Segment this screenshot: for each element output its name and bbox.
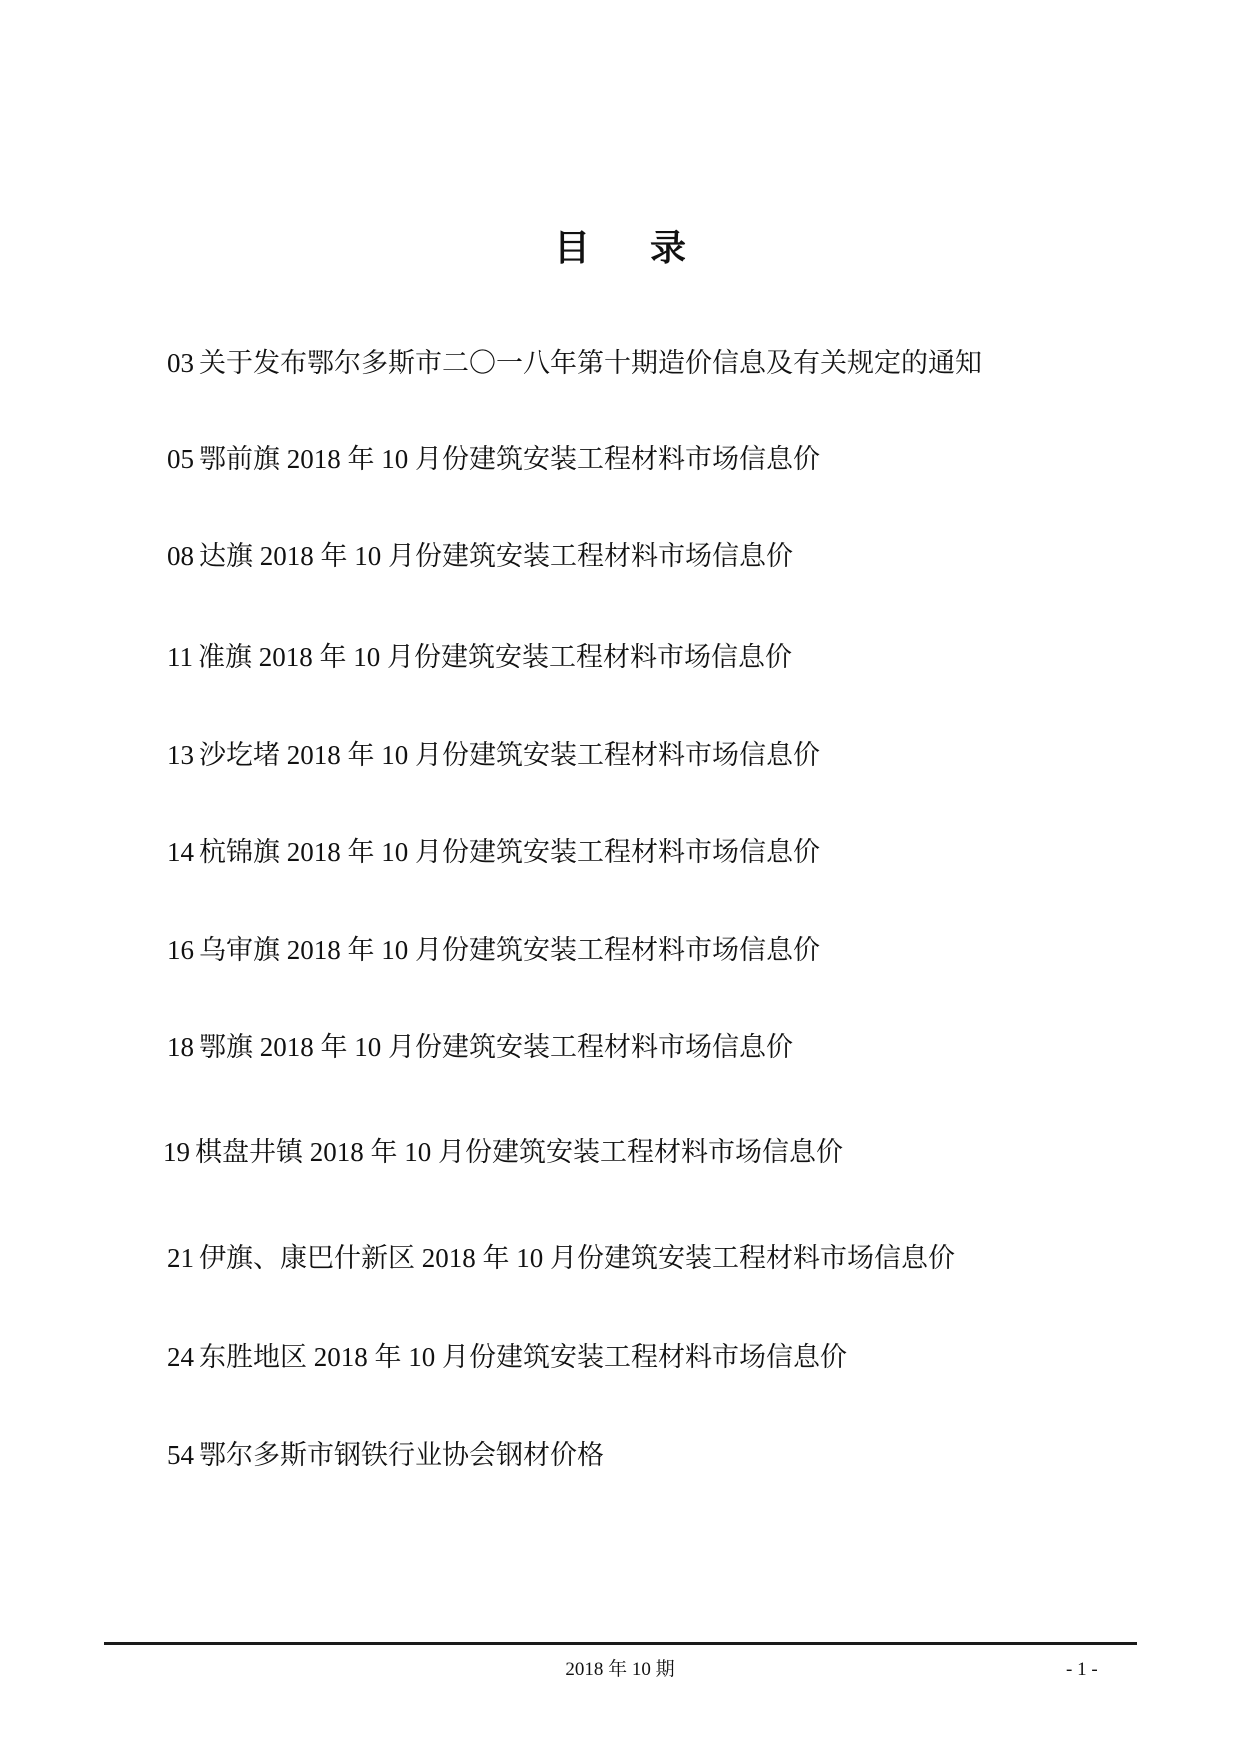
toc-entry[interactable]: 08达旗 2018 年 10 月份建筑安装工程材料市场信息价 xyxy=(167,540,793,572)
footer-page-number: - 1 - xyxy=(1066,1658,1098,1682)
toc-entry-title: 沙圪堵 2018 年 10 月份建筑安装工程材料市场信息价 xyxy=(199,740,820,770)
toc-page-number: 21 xyxy=(167,1243,194,1273)
page-title-char: 目 xyxy=(554,226,590,270)
toc-page-number: 14 xyxy=(167,837,194,867)
toc-entry[interactable]: 19棋盘井镇 2018 年 10 月份建筑安装工程材料市场信息价 xyxy=(163,1136,843,1168)
toc-entry[interactable]: 24东胜地区 2018 年 10 月份建筑安装工程材料市场信息价 xyxy=(167,1341,847,1373)
page-title-char: 录 xyxy=(650,226,686,270)
toc-page-number: 24 xyxy=(167,1342,194,1372)
toc-entry-title: 东胜地区 2018 年 10 月份建筑安装工程材料市场信息价 xyxy=(199,1342,847,1372)
toc-page-number: 18 xyxy=(167,1032,194,1062)
toc-entry-title: 乌审旗 2018 年 10 月份建筑安装工程材料市场信息价 xyxy=(199,935,820,965)
toc-entry-title: 杭锦旗 2018 年 10 月份建筑安装工程材料市场信息价 xyxy=(199,837,820,867)
toc-entry-title: 鄂尔多斯市钢铁行业协会钢材价格 xyxy=(199,1440,604,1470)
toc-entry-title: 达旗 2018 年 10 月份建筑安装工程材料市场信息价 xyxy=(199,541,793,571)
toc-entry-title: 准旗 2018 年 10 月份建筑安装工程材料市场信息价 xyxy=(198,642,792,672)
toc-page-number: 05 xyxy=(167,444,194,474)
toc-page-number: 13 xyxy=(167,740,194,770)
toc-entry[interactable]: 03关于发布鄂尔多斯市二〇一八年第十期造价信息及有关规定的通知 xyxy=(167,347,982,379)
toc-entry-title: 鄂旗 2018 年 10 月份建筑安装工程材料市场信息价 xyxy=(199,1032,793,1062)
page-title: 目录 xyxy=(0,226,1240,270)
toc-page-number: 19 xyxy=(163,1137,190,1167)
footer-divider xyxy=(104,1642,1137,1645)
toc-entry[interactable]: 18鄂旗 2018 年 10 月份建筑安装工程材料市场信息价 xyxy=(167,1031,793,1063)
toc-entry-title: 伊旗、康巴什新区 2018 年 10 月份建筑安装工程材料市场信息价 xyxy=(199,1243,955,1273)
toc-entry[interactable]: 13沙圪堵 2018 年 10 月份建筑安装工程材料市场信息价 xyxy=(167,739,820,771)
toc-entry[interactable]: 21伊旗、康巴什新区 2018 年 10 月份建筑安装工程材料市场信息价 xyxy=(167,1242,955,1274)
toc-page-number: 54 xyxy=(167,1440,194,1470)
toc-entry[interactable]: 05鄂前旗 2018 年 10 月份建筑安装工程材料市场信息价 xyxy=(167,443,820,475)
toc-entry[interactable]: 11准旗 2018 年 10 月份建筑安装工程材料市场信息价 xyxy=(167,641,792,673)
toc-page-number: 08 xyxy=(167,541,194,571)
toc-entry-title: 鄂前旗 2018 年 10 月份建筑安装工程材料市场信息价 xyxy=(199,444,820,474)
footer-issue-label: 2018 年 10 期 xyxy=(0,1658,1240,1682)
toc-page-number: 03 xyxy=(167,348,194,378)
toc-page-number: 16 xyxy=(167,935,194,965)
toc-entry[interactable]: 14杭锦旗 2018 年 10 月份建筑安装工程材料市场信息价 xyxy=(167,836,820,868)
toc-entry[interactable]: 54鄂尔多斯市钢铁行业协会钢材价格 xyxy=(167,1439,604,1471)
toc-page-number: 11 xyxy=(167,642,193,672)
toc-entry-title: 关于发布鄂尔多斯市二〇一八年第十期造价信息及有关规定的通知 xyxy=(199,348,982,378)
toc-entry[interactable]: 16乌审旗 2018 年 10 月份建筑安装工程材料市场信息价 xyxy=(167,934,820,966)
toc-entry-title: 棋盘井镇 2018 年 10 月份建筑安装工程材料市场信息价 xyxy=(195,1137,843,1167)
